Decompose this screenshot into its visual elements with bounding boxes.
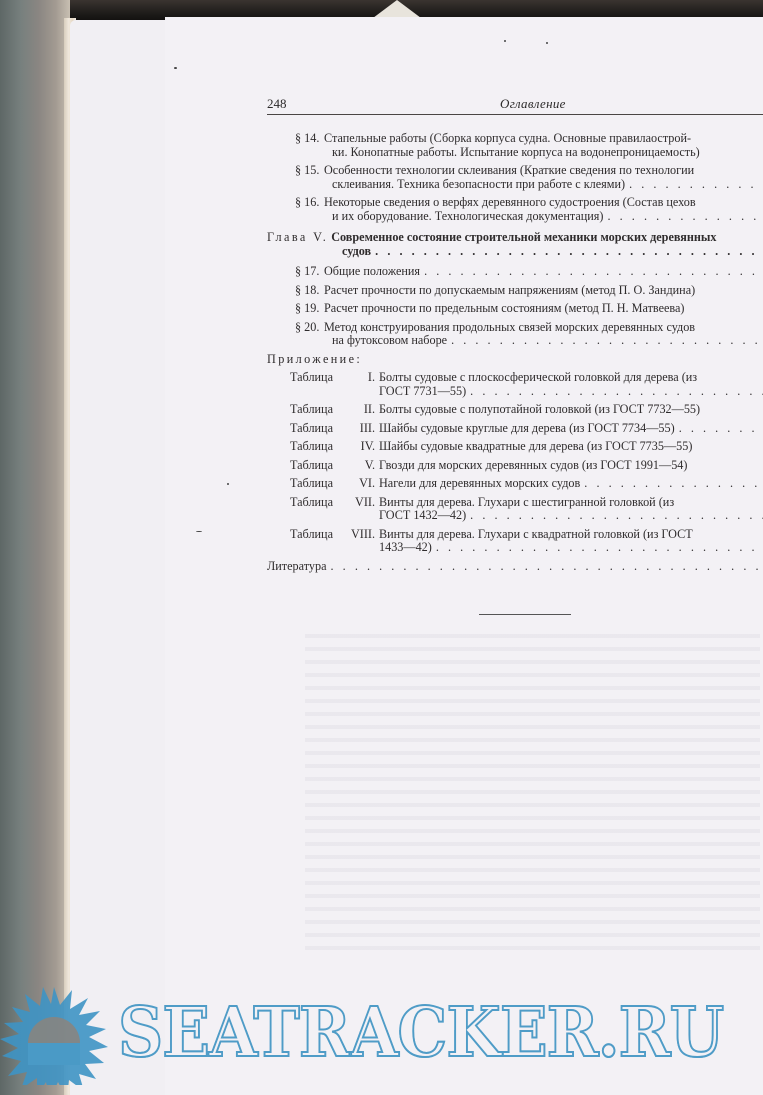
- speck: [227, 483, 229, 485]
- show-through-text: [305, 625, 760, 955]
- paragraph-title: и их оборудование. Технологическая докум…: [332, 210, 603, 223]
- watermark: SEATRACKER.RU: [0, 985, 763, 1085]
- paragraph-title: Расчет прочности по предельным состояния…: [324, 302, 684, 315]
- speck: [174, 67, 177, 69]
- toc-paragraph[interactable]: § 14.Стапельные работы (Сборка корпуса с…: [267, 132, 763, 159]
- paragraph-number: § 18.: [295, 284, 319, 298]
- paragraph-title: Расчет прочности по допускаемым напряжен…: [324, 284, 695, 297]
- speck: [196, 531, 202, 532]
- paragraph-title: Стапельные работы (Сборка корпуса судна.…: [324, 132, 691, 145]
- paragraph-title: ки. Конопатные работы. Испытание корпуса…: [332, 146, 700, 159]
- page-number: 248: [267, 96, 287, 112]
- appendix-heading: Приложение:: [267, 353, 763, 367]
- paragraph-title: склеивания. Техника безопасности при раб…: [332, 178, 625, 191]
- table-of-contents: § 14.Стапельные работы (Сборка корпуса с…: [267, 132, 763, 578]
- table-label: Таблица: [290, 528, 333, 542]
- toc-table[interactable]: ТаблицаVI.Нагели для деревянных морских …: [267, 477, 763, 491]
- toc-paragraph[interactable]: § 16.Некоторые сведения о верфях деревян…: [267, 196, 763, 223]
- table-title: ГОСТ 7731—55): [379, 385, 466, 398]
- paragraph-number: § 14.: [295, 132, 319, 146]
- paragraph-title: на футоксовом наборе: [332, 334, 447, 347]
- paragraph-title: Особенности технологии склеивания (Кратк…: [324, 164, 694, 177]
- chapter-title-cont: судов: [342, 245, 371, 258]
- table-title: Болты судовые с плоскосферической головк…: [379, 371, 697, 384]
- paragraph-title: Некоторые сведения о верфях деревянного …: [324, 196, 696, 209]
- scanner-notch: [373, 0, 421, 18]
- book-spine: [0, 0, 70, 1095]
- table-label: Таблица: [290, 459, 333, 473]
- toc-literature[interactable]: Литература: [267, 560, 763, 574]
- table-roman-number: IV.: [361, 440, 375, 454]
- paragraph-title: Метод конструирования продольных связей …: [324, 321, 695, 334]
- toc-table[interactable]: ТаблицаV.Гвозди для морских деревянных с…: [267, 459, 763, 473]
- toc-paragraph[interactable]: § 17.Общие положения: [267, 265, 763, 279]
- table-roman-number: V.: [365, 459, 375, 473]
- table-title: Нагели для деревянных морских судов: [379, 477, 580, 490]
- watermark-text: SEATRACKER.RU: [118, 993, 723, 1073]
- table-roman-number: II.: [364, 403, 375, 417]
- toc-table[interactable]: ТаблицаII.Болты судовые с полупотайной г…: [267, 403, 763, 417]
- toc-table[interactable]: ТаблицаIII.Шайбы судовые круглые для дер…: [267, 422, 763, 436]
- table-roman-number: VI.: [359, 477, 375, 491]
- toc-table[interactable]: ТаблицаI.Болты судовые с плоскосферическ…: [267, 371, 763, 398]
- sun-over-sea-icon: [0, 985, 120, 1085]
- table-title: Винты для дерева. Глухари с шестигранной…: [379, 496, 674, 509]
- toc-chapter[interactable]: Глава V. Современное состояние строитель…: [267, 231, 763, 258]
- table-title: Болты судовые с полупотайной головкой (и…: [379, 403, 700, 416]
- paragraph-number: § 20.: [295, 321, 319, 335]
- table-title: ГОСТ 1432—42): [379, 509, 466, 522]
- table-title: 1433—42): [379, 541, 432, 554]
- table-label: Таблица: [290, 371, 333, 385]
- toc-paragraph[interactable]: § 18.Расчет прочности по допускаемым нап…: [267, 284, 763, 298]
- table-roman-number: VII.: [355, 496, 375, 510]
- speck: [504, 40, 506, 42]
- table-roman-number: III.: [360, 422, 375, 436]
- table-label: Таблица: [290, 422, 333, 436]
- table-title: Винты для дерева. Глухари с квадратной г…: [379, 528, 693, 541]
- toc-table[interactable]: ТаблицаVII.Винты для дерева. Глухари с ш…: [267, 496, 763, 523]
- paragraph-number: § 17.: [295, 265, 319, 279]
- table-label: Таблица: [290, 403, 333, 417]
- paragraph-number: § 16.: [295, 196, 319, 210]
- paragraph-number: § 19.: [295, 302, 319, 316]
- toc-paragraph[interactable]: § 20.Метод конструирования продольных св…: [267, 321, 763, 348]
- table-label: Таблица: [290, 477, 333, 491]
- end-rule: [479, 614, 571, 615]
- table-roman-number: VIII.: [351, 528, 375, 542]
- toc-paragraph[interactable]: § 19.Расчет прочности по предельным сост…: [267, 302, 763, 316]
- page-header: 248 Оглавление: [267, 96, 763, 115]
- toc-table[interactable]: ТаблицаVIII.Винты для дерева. Глухари с …: [267, 528, 763, 555]
- speck: [546, 42, 548, 44]
- literature-label: Литература: [267, 560, 326, 573]
- table-label: Таблица: [290, 440, 333, 454]
- chapter-title: Современное состояние строительной механ…: [331, 231, 716, 244]
- table-roman-number: I.: [368, 371, 375, 385]
- table-title: Шайбы судовые квадратные для дерева (из …: [379, 440, 692, 453]
- paragraph-title: Общие положения: [324, 265, 420, 278]
- table-title: Шайбы судовые круглые для дерева (из ГОС…: [379, 422, 675, 435]
- running-title: Оглавление: [500, 96, 566, 112]
- page-margin: [70, 20, 180, 1095]
- toc-table[interactable]: ТаблицаIV.Шайбы судовые квадратные для д…: [267, 440, 763, 454]
- toc-paragraph[interactable]: § 15.Особенности технологии склеивания (…: [267, 164, 763, 191]
- table-title: Гвозди для морских деревянных судов (из …: [379, 459, 687, 472]
- chapter-label: Глава V.: [267, 231, 328, 244]
- table-label: Таблица: [290, 496, 333, 510]
- paragraph-number: § 15.: [295, 164, 319, 178]
